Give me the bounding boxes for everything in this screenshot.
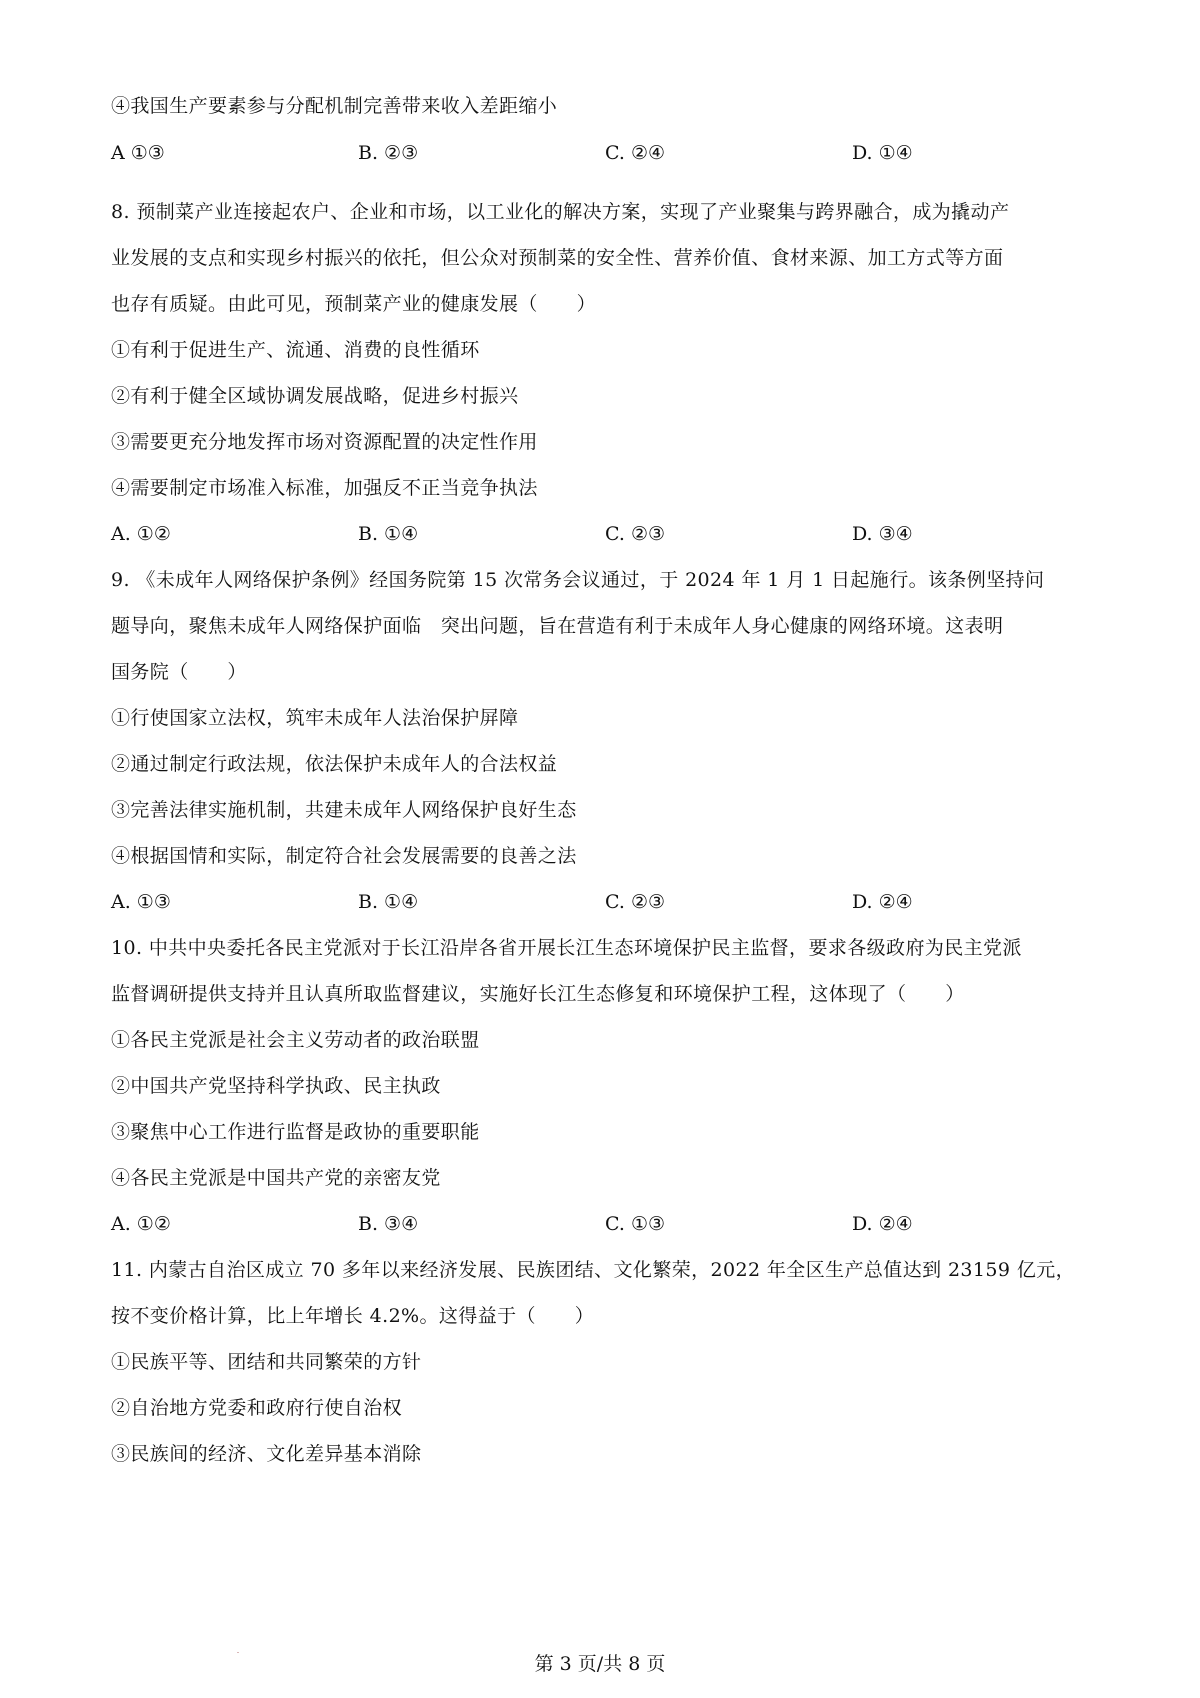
q7-option-c: C. ②④ bbox=[605, 141, 665, 165]
q9-option-d: D. ②④ bbox=[852, 890, 913, 914]
q9-stem-line-3: 国务院（ ） bbox=[111, 660, 247, 684]
q9-statement-3: ③完善法律实施机制，共建未成年人网络保护良好生态 bbox=[111, 798, 577, 822]
q7-statement-4: ④我国生产要素参与分配机制完善带来收入差距缩小 bbox=[111, 94, 557, 118]
exam-page: ④我国生产要素参与分配机制完善带来收入差距缩小 A ①③ B. ②③ C. ②④… bbox=[0, 0, 1200, 1698]
q10-statement-1: ①各民主党派是社会主义劳动者的政治联盟 bbox=[111, 1028, 480, 1052]
q9-options: A. ①③ B. ①④ C. ②③ D. ②④ bbox=[111, 890, 1111, 914]
q9-stem-line-1: 9. 《未成年人网络保护条例》经国务院第 15 次常务会议通过，于 2024 年… bbox=[111, 568, 1044, 592]
q10-option-b: B. ③④ bbox=[358, 1212, 418, 1236]
q8-statement-1: ①有利于促进生产、流通、消费的良性循环 bbox=[111, 338, 480, 362]
q9-stem-line-2: 题导向，聚焦未成年人网络保护面临 突出问题，旨在营造有利于未成年人身心健康的网络… bbox=[111, 614, 1003, 638]
q10-statement-2: ②中国共产党坚持科学执政、民主执政 bbox=[111, 1074, 441, 1098]
q9-statement-1: ①行使国家立法权，筑牢未成年人法治保护屏障 bbox=[111, 706, 518, 730]
q10-option-d: D. ②④ bbox=[852, 1212, 913, 1236]
q10-statement-4: ④各民主党派是中国共产党的亲密友党 bbox=[111, 1166, 441, 1190]
q10-option-c: C. ①③ bbox=[605, 1212, 665, 1236]
q8-stem-line-3: 也存有质疑。由此可见，预制菜产业的健康发展（ ） bbox=[111, 292, 596, 316]
q11-statement-1: ①民族平等、团结和共同繁荣的方针 bbox=[111, 1350, 421, 1374]
q10-stem-line-2: 监督调研提供支持并且认真所取监督建议，实施好长江生态修复和环境保护工程，这体现了… bbox=[111, 982, 965, 1006]
q11-stem-line-2: 按不变价格计算，比上年增长 4.2%。这得益于（ ） bbox=[111, 1304, 594, 1328]
q9-option-a: A. ①③ bbox=[111, 890, 171, 914]
q7-option-b: B. ②③ bbox=[358, 141, 418, 165]
q11-statement-2: ②自治地方党委和政府行使自治权 bbox=[111, 1396, 402, 1420]
q8-statement-3: ③需要更充分地发挥市场对资源配置的决定性作用 bbox=[111, 430, 538, 454]
q11-statement-3: ③民族间的经济、文化差异基本消除 bbox=[111, 1442, 421, 1466]
q10-stem-line-1: 10. 中共中央委托各民主党派对于长江沿岸各省开展长江生态环境保护民主监督，要求… bbox=[111, 936, 1022, 960]
q8-options: A. ①② B. ①④ C. ②③ D. ③④ bbox=[111, 522, 1111, 546]
q8-stem-line-1: 8. 预制菜产业连接起农户、企业和市场，以工业化的解决方案，实现了产业聚集与跨界… bbox=[111, 200, 1009, 224]
page-number: 第 3 页/共 8 页 bbox=[0, 1652, 1200, 1676]
q8-option-a: A. ①② bbox=[111, 522, 171, 546]
q8-option-d: D. ③④ bbox=[852, 522, 913, 546]
q8-option-b: B. ①④ bbox=[358, 522, 418, 546]
q8-stem-line-2: 业发展的支点和实现乡村振兴的依托，但公众对预制菜的安全性、营养价值、食材来源、加… bbox=[111, 246, 1003, 270]
q7-option-a: A ①③ bbox=[111, 141, 165, 165]
q9-statement-2: ②通过制定行政法规，依法保护未成年人的合法权益 bbox=[111, 752, 557, 776]
q8-option-c: C. ②③ bbox=[605, 522, 665, 546]
q9-option-c: C. ②③ bbox=[605, 890, 665, 914]
q10-statement-3: ③聚焦中心工作进行监督是政协的重要职能 bbox=[111, 1120, 480, 1144]
q8-statement-4: ④需要制定市场准入标准，加强反不正当竞争执法 bbox=[111, 476, 538, 500]
q9-statement-4: ④根据国情和实际，制定符合社会发展需要的良善之法 bbox=[111, 844, 577, 868]
q9-option-b: B. ①④ bbox=[358, 890, 418, 914]
q8-statement-2: ②有利于健全区域协调发展战略，促进乡村振兴 bbox=[111, 384, 518, 408]
q10-option-a: A. ①② bbox=[111, 1212, 171, 1236]
q7-option-d: D. ①④ bbox=[852, 141, 913, 165]
q7-options: A ①③ B. ②③ C. ②④ D. ①④ bbox=[111, 141, 1111, 165]
q10-options: A. ①② B. ③④ C. ①③ D. ②④ bbox=[111, 1212, 1111, 1236]
q11-stem-line-1: 11. 内蒙古自治区成立 70 多年以来经济发展、民族团结、文化繁荣，2022 … bbox=[111, 1258, 1075, 1282]
